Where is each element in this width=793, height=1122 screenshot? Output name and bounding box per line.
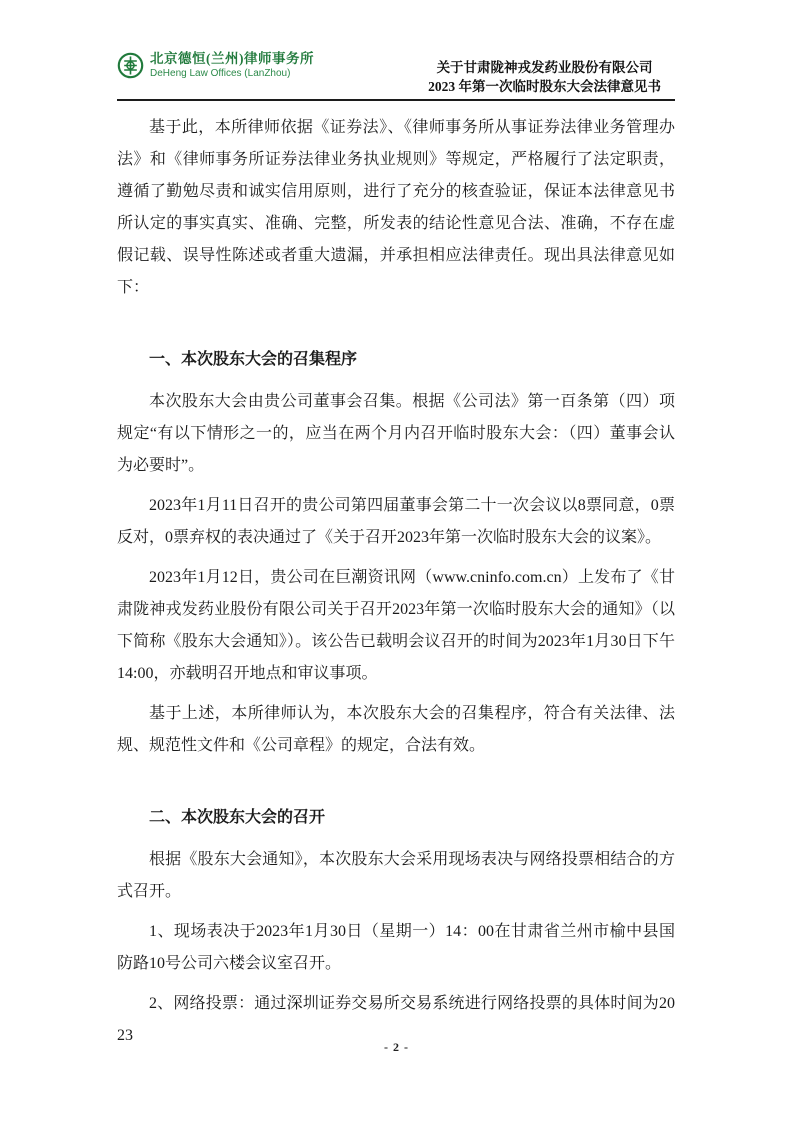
- section-1-heading: 一、本次股东大会的召集程序: [117, 344, 675, 376]
- section-1-paragraph-3: 2023年1月12日，贵公司在巨潮资讯网（www.cninfo.com.cn）上…: [117, 562, 675, 690]
- firm-name-en: DeHeng Law Offices (LanZhou): [150, 67, 314, 80]
- section-1-paragraph-4: 基于上述，本所律师认为，本次股东大会的召集程序，符合有关法律、法规、规范性文件和…: [117, 698, 675, 762]
- section-2-heading: 二、本次股东大会的召开: [117, 802, 675, 834]
- document-body: 基于此，本所律师依据《证券法》、《律师事务所从事证券法律业务管理办法》和《律师事…: [117, 112, 675, 1060]
- document-title-line1: 关于甘肃陇神戎发药业股份有限公司: [428, 58, 661, 77]
- intro-paragraph: 基于此，本所律师依据《证券法》、《律师事务所从事证券法律业务管理办法》和《律师事…: [117, 112, 675, 304]
- document-page: 北京德恒(兰州)律师事务所 DeHeng Law Offices (LanZho…: [0, 0, 793, 1122]
- deheng-logo-icon: [117, 52, 144, 79]
- firm-name-cn: 北京德恒(兰州)律师事务所: [150, 50, 314, 67]
- header-divider: [117, 99, 675, 101]
- firm-names: 北京德恒(兰州)律师事务所 DeHeng Law Offices (LanZho…: [150, 50, 314, 80]
- section-1-paragraph-2: 2023年1月11日召开的贵公司第四届董事会第二十一次会议以8票同意，0票反对，…: [117, 490, 675, 554]
- section-2-paragraph-1: 根据《股东大会通知》，本次股东大会采用现场表决与网络投票相结合的方式召开。: [117, 844, 675, 908]
- section-1-paragraph-1: 本次股东大会由贵公司董事会召集。根据《公司法》第一百条第（四）项规定“有以下情形…: [117, 386, 675, 482]
- document-title: 关于甘肃陇神戎发药业股份有限公司 2023 年第一次临时股东大会法律意见书: [428, 58, 661, 96]
- firm-identity: 北京德恒(兰州)律师事务所 DeHeng Law Offices (LanZho…: [117, 50, 314, 80]
- document-title-line2: 2023 年第一次临时股东大会法律意见书: [428, 77, 661, 96]
- page-header: 北京德恒(兰州)律师事务所 DeHeng Law Offices (LanZho…: [117, 50, 675, 96]
- section-2-paragraph-2: 1、现场表决于2023年1月30日（星期一）14：00在甘肃省兰州市榆中县国防路…: [117, 916, 675, 980]
- page-number: - 2 -: [0, 1040, 793, 1055]
